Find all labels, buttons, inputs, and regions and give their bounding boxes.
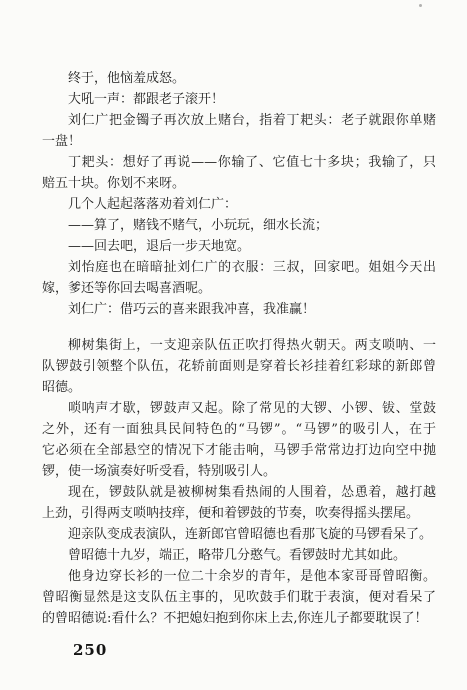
text-line: 的曾昭德说:看什么？不把媳妇抱到你床上去,你连儿子都要耽误了！ <box>42 608 436 629</box>
paragraph: 现在，锣鼓队就是被柳树集看热闹的人围着，怂恿着，越打越上劲，引得两支唢呐技痒，便… <box>42 482 436 524</box>
paragraph: 丁耙头：想好了再说——你输了、它值七十多块；我输了，只赔五十块。你划不来呀。 <box>42 152 436 194</box>
text-line: 一盘！ <box>42 131 436 152</box>
text-line: 曾昭德十九岁，端正，略带几分憨气。看锣鼓时尤其如此。 <box>42 545 436 566</box>
text-line: 之外，还有一面独具民间特色的“马锣”。“马锣”的吸引人，在于 <box>42 419 436 440</box>
section: 终于，他恼羞成怒。大吼一声：都跟老子滚开！刘仁广把金镯子再次放上赌台，指着丁耙头… <box>42 68 436 320</box>
paragraph: 刘怡庭也在暗暗扯刘仁广的衣服：三叔，回家吧。姐姐今天出嫁，爹还等你回去喝喜酒呢。 <box>42 257 436 299</box>
text-line: 曾昭衡显然是这支队伍主事的，见吹鼓手们耽于表演，便对看呆了 <box>42 587 436 608</box>
paragraph: 几个人起起落落劝着刘仁广： <box>42 194 436 215</box>
text-line: 上劲，引得两支唢呐技痒，便和着锣鼓的节奏，吹奏得摇头摆尾。 <box>42 503 436 524</box>
paragraph: 大吼一声：都跟老子滚开！ <box>42 89 436 110</box>
text-line: 迎亲队变成表演队，连新郎官曾昭德也看那飞旋的马锣看呆了。 <box>42 524 436 545</box>
text-line: 刘仁广：借巧云的喜来跟我冲喜，我准赢！ <box>42 299 436 320</box>
text-line: 嫁，爹还等你回去喝喜酒呢。 <box>42 278 436 299</box>
text-line: 锣，使一场演奏好听受看，特别吸引人。 <box>42 461 436 482</box>
text-line: ——回去吧，退后一步天地宽。 <box>42 236 436 257</box>
paragraph: 柳树集街上，一支迎亲队伍正吹打得热火朝天。两支唢呐、一队锣鼓引领整个队伍，花轿前… <box>42 335 436 398</box>
text-line: 几个人起起落落劝着刘仁广： <box>42 194 436 215</box>
text-line: 他身边穿长衫的一位二十余岁的青年，是他本家哥哥曾昭衡。 <box>42 566 436 587</box>
text-line: 终于，他恼羞成怒。 <box>42 68 436 89</box>
paragraph: 刘仁广把金镯子再次放上赌台，指着丁耙头：老子就跟你单赌一盘！ <box>42 110 436 152</box>
text-line: 昭德。 <box>42 377 436 398</box>
scan-speck <box>419 4 422 7</box>
paragraph: ——算了，赌钱不赌气，小玩玩，细水长流； <box>42 215 436 236</box>
text-block: 终于，他恼羞成怒。大吼一声：都跟老子滚开！刘仁广把金镯子再次放上赌台，指着丁耙头… <box>42 68 436 629</box>
paragraph: ——回去吧，退后一步天地宽。 <box>42 236 436 257</box>
text-line: 赔五十块。你划不来呀。 <box>42 173 436 194</box>
text-line: 现在，锣鼓队就是被柳树集看热闹的人围着，怂恿着，越打越 <box>42 482 436 503</box>
text-line: 柳树集街上，一支迎亲队伍正吹打得热火朝天。两支唢呐、一 <box>42 335 436 356</box>
text-line: 丁耙头：想好了再说——你输了、它值七十多块；我输了，只 <box>42 152 436 173</box>
text-line: 它必须在全部悬空的情况下才能击响，马锣手常常边打边向空中抛 <box>42 440 436 461</box>
paragraph: 终于，他恼羞成怒。 <box>42 68 436 89</box>
paragraph: 曾昭德十九岁，端正，略带几分憨气。看锣鼓时尤其如此。 <box>42 545 436 566</box>
paragraph: 他身边穿长衫的一位二十余岁的青年，是他本家哥哥曾昭衡。曾昭衡显然是这支队伍主事的… <box>42 566 436 629</box>
paragraph: 迎亲队变成表演队，连新郎官曾昭德也看那飞旋的马锣看呆了。 <box>42 524 436 545</box>
page-number: 250 <box>73 641 107 659</box>
text-line: 队锣鼓引领整个队伍，花轿前面则是穿着长衫挂着红彩球的新郎曾 <box>42 356 436 377</box>
section: 柳树集街上，一支迎亲队伍正吹打得热火朝天。两支唢呐、一队锣鼓引领整个队伍，花轿前… <box>42 335 436 629</box>
text-line: ——算了，赌钱不赌气，小玩玩，细水长流； <box>42 215 436 236</box>
text-line: 刘仁广把金镯子再次放上赌台，指着丁耙头：老子就跟你单赌 <box>42 110 436 131</box>
paragraph: 刘仁广：借巧云的喜来跟我冲喜，我准赢！ <box>42 299 436 320</box>
book-page: 终于，他恼羞成怒。大吼一声：都跟老子滚开！刘仁广把金镯子再次放上赌台，指着丁耙头… <box>0 0 467 690</box>
text-line: 唢呐声才歇，锣鼓声又起。除了常见的大锣、小锣、钹、堂鼓 <box>42 398 436 419</box>
text-line: 刘怡庭也在暗暗扯刘仁广的衣服：三叔，回家吧。姐姐今天出 <box>42 257 436 278</box>
text-line: 大吼一声：都跟老子滚开！ <box>42 89 436 110</box>
paragraph: 唢呐声才歇，锣鼓声又起。除了常见的大锣、小锣、钹、堂鼓之外，还有一面独具民间特色… <box>42 398 436 482</box>
